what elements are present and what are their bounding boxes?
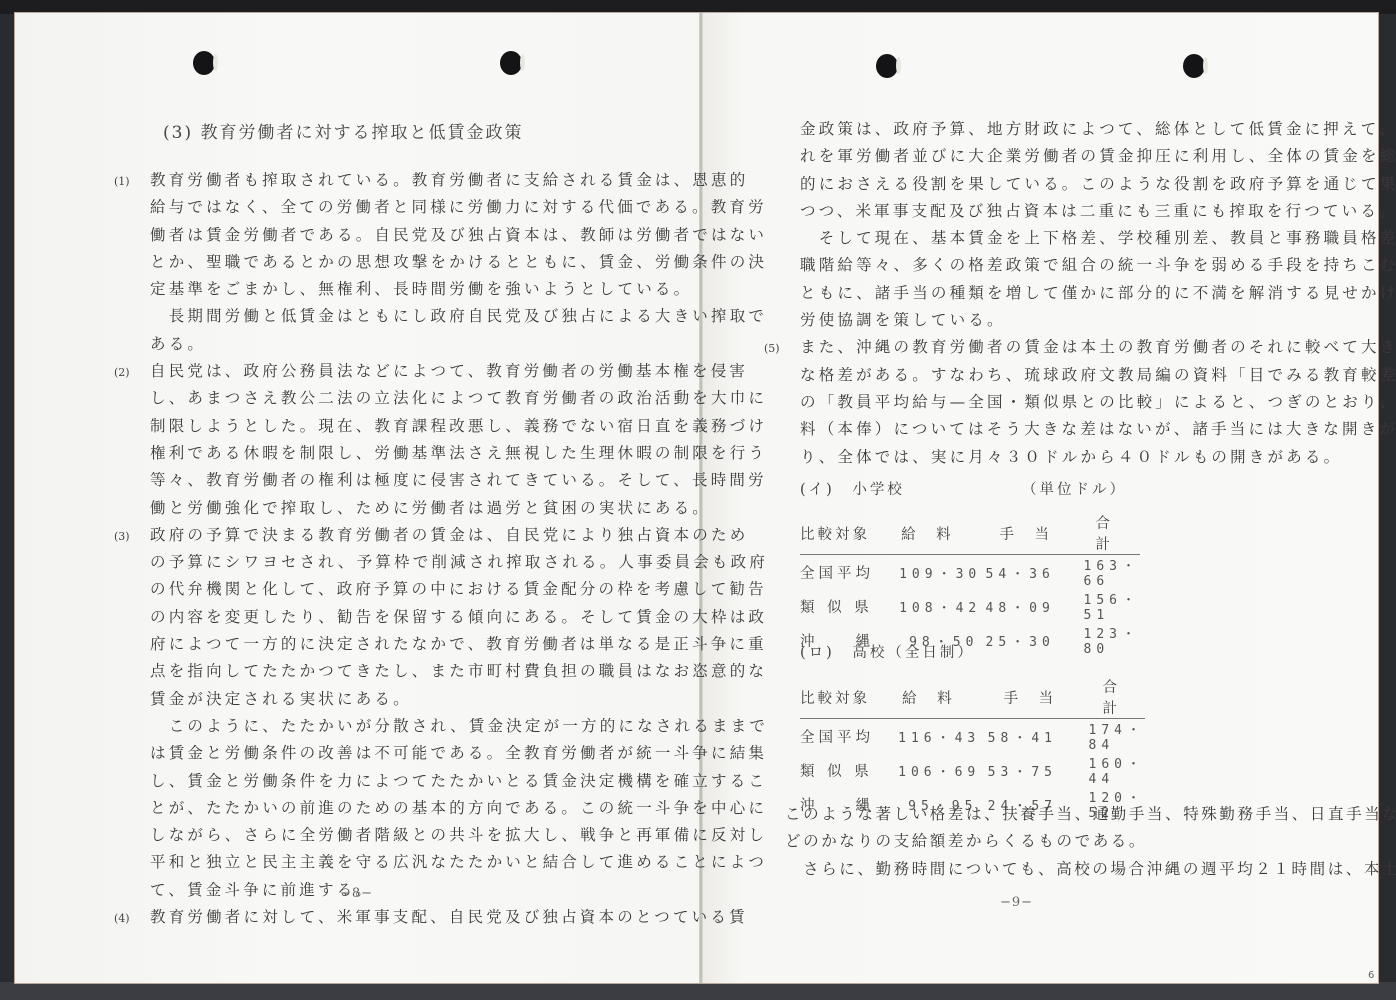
paragraph-number: (1) [114, 168, 150, 195]
table-heading-elementary: (イ) 小学校 [800, 478, 905, 499]
paragraph-number: (5) [764, 335, 800, 362]
right-page-body-bottom: このような著しい格差は、扶養手当、通勤手当、特殊勤務手当、日直手当な どのかなり… [785, 801, 1396, 883]
paragraph-3b: このように、たたかいが分散され、賃金決定が一方的になされるままで は賃金と労働条… [150, 713, 768, 904]
punch-hole-icon [876, 54, 898, 78]
background-top [0, 0, 1396, 14]
salary-table-highschool: 比較対象 給 料 手 当 合 計 全国平均 116・43 58・41 174・8… [800, 676, 1145, 821]
punch-hole-icon [193, 51, 215, 75]
paragraph-4-continued: 金政策は、政府予算、地方財政によつて、総体として低賃金に押えて、こ れを軍労働者… [800, 116, 1396, 225]
salary-table-elementary: 比較対象 給 料 手 当 合 計 全国平均 109・30 54・36 163・6… [800, 512, 1140, 657]
section-title: (3) 教育労働者に対する搾取と低賃金政策 [163, 118, 523, 143]
punch-hole-icon [500, 51, 522, 75]
paragraph-5: (5)また、沖縄の教育労働者の賃金は本土の教育労働者のそれに較べて大き な格差が… [800, 334, 1396, 470]
table-row: 類 似 県 106・69 53・75 160・44 [800, 753, 1145, 787]
paragraph-1: (1)教育労働者も搾取されている。教育労働者に支給される賃金は、恩恵的 給与では… [150, 167, 768, 303]
paragraph-number: (4) [114, 905, 150, 932]
corner-mark: 6 [1368, 970, 1374, 981]
table-header-row: 比較対象 給 料 手 当 合 計 [800, 676, 1145, 719]
table-row: 類 似 県 108・42 48・09 156・51 [800, 589, 1140, 623]
background-bottom [0, 982, 1396, 1000]
table-header-row: 比較対象 給 料 手 当 合 計 [800, 512, 1140, 555]
table-unit: （単位ドル） [1022, 478, 1127, 499]
page-number-left: −8− [340, 886, 373, 901]
paragraph-4b: そして現在、基本賃金を上下格差、学校種別差、教員と事務職員格差、 職階給等々、多… [800, 225, 1396, 334]
left-page-body: (1)教育労働者も搾取されている。教育労働者に支給される賃金は、恩恵的 給与では… [150, 167, 768, 931]
right-page-body-top: 金政策は、政府予算、地方財政によつて、総体として低賃金に押えて、こ れを軍労働者… [800, 116, 1396, 471]
table-row: 全国平均 116・43 58・41 174・84 [800, 719, 1145, 754]
paragraph-number: (3) [114, 523, 150, 550]
paragraph-1b: 長期間労働と低賃金はともにし政府自民党及び独占による大きい搾取で ある。 [150, 303, 768, 358]
paragraph-2: (2)自民党は、政府公務員法などによつて、教育労働者の労働基本権を侵害 し、あま… [150, 358, 768, 522]
table-heading-highschool: (ロ) 高校（全日制） [800, 641, 975, 662]
paragraph-number: (2) [114, 359, 150, 386]
table-row: 全国平均 109・30 54・36 163・66 [800, 555, 1140, 590]
punch-hole-icon [1183, 54, 1205, 78]
paragraph-4: (4)教育労働者に対して、米軍事支配、自民党及び独占資本のとつている賃 [150, 904, 768, 931]
paragraph-3: (3)政府の予算で決まる教育労働者の賃金は、自民党により独占資本のため の予算に… [150, 522, 768, 713]
page-number-right: −9− [1000, 895, 1033, 910]
